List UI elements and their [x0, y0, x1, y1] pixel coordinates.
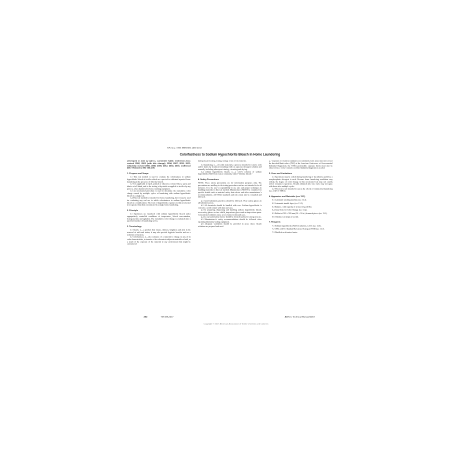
section-heading: 5. Uses and Limitations [269, 172, 333, 174]
page-number: 292 [144, 316, 148, 318]
paragraph: 2.1 Specimens are laundered with sodium … [127, 213, 191, 222]
paragraph: 7.2 1993 AATCC Standard Reference Deterg… [269, 228, 333, 230]
copyright-line: Copyright © 2017 American Association of… [127, 323, 333, 325]
paragraph: 6.4 Gray Scale for Color Change (see 13.… [269, 209, 333, 211]
paragraph: 4.3 In preparing, dispensing and handlin… [198, 209, 262, 216]
paragraph: NOTE: These safety precautions are for i… [198, 182, 262, 198]
section-heading: 2. Principle [127, 209, 191, 211]
paragraph: 3.1 bleach, n.—a product that cleans, wh… [127, 229, 191, 236]
document-page: AATCC Test Method 188-2017 Colorfastness… [127, 135, 333, 327]
manual-name: AATCC Technical Manual/2018 [285, 316, 315, 318]
paragraph: 5.2 This test is not intended to assess … [269, 188, 333, 193]
paragraph: 6.2 Automatic tumble dryer (see 13.3). [269, 203, 333, 205]
paragraph: 3.2 colorfastness, n.—the resistance of … [127, 236, 191, 245]
paragraph: 1.1 This test method is used to evaluate… [127, 176, 191, 183]
paragraph: during the processing, testing, storage … [198, 160, 262, 162]
screenshot-canvas: { "page": { "header": "AATCC Test Method… [0, 0, 458, 458]
page-content: AATCC Test Method 188-2017 Colorfastness… [127, 147, 333, 327]
section-heading: 1. Purpose and Scope [127, 172, 191, 174]
paragraph: 3.4 sodium hypochlorite bleach, n.—a 5.2… [198, 171, 262, 176]
section-heading: 3. Terminology [127, 225, 191, 227]
text-columns: Developed in 2000 by AATCC Committee RA8… [127, 160, 333, 311]
paragraph: 4.7 Exposure to chemical substances in l… [269, 160, 333, 169]
paragraph: 3.3 laundering, n.—of textile materials,… [198, 164, 262, 171]
footer-left: 292 TM 188-2017 [144, 316, 174, 318]
paragraph: 1.3 An accelerated procedure is used to … [127, 190, 191, 197]
paragraph: 7.1 Sodium hypochlorite (NaOCl) solution… [269, 225, 333, 227]
column-right: 4.7 Exposure to chemical substances in l… [269, 160, 333, 311]
method-code: TM 188-2017 [161, 316, 174, 318]
section-heading: 6. Apparatus and Materials (see 13.1) [269, 195, 333, 197]
page-title: Colorfastness to Sodium Hypochlorite Ble… [127, 153, 333, 157]
paragraph: 6.1 Automatic washing machine (see 13.3)… [269, 199, 333, 201]
paragraph: 6.6 Chlorine test strips or test kit. [269, 216, 333, 218]
paragraph: 1.2 It is applicable to dyed, printed or… [127, 183, 191, 190]
paragraph: 1.4 This test method is intended for hom… [127, 197, 191, 206]
paragraph: 7.3 Distilled or deionized water. [269, 232, 333, 234]
paragraph: 6.5 Ballast of 920 × 920 mm (36 × 36 in.… [269, 213, 333, 215]
document-header: AATCC Test Method 188-2017 [167, 147, 333, 149]
column-middle: during the processing, testing, storage … [198, 160, 262, 311]
column-left: Developed in 2000 by AATCC Committee RA8… [127, 160, 191, 311]
paragraph: 6.3 Balance, with capacity of at least 5… [269, 206, 333, 208]
section-heading: 7. Reagents [269, 221, 333, 223]
paragraph: 5.1 Specimens may be soiled during laund… [269, 176, 333, 188]
section-heading: 4. Safety Precautions [198, 178, 262, 180]
page-footer: 292 TM 188-2017 AATCC Technical Manual/2… [127, 316, 333, 318]
paragraph: Developed in 2000 by AATCC Committee RA8… [127, 160, 191, 169]
paragraph: 4.6 Adequate ventilation should be provi… [198, 223, 262, 228]
